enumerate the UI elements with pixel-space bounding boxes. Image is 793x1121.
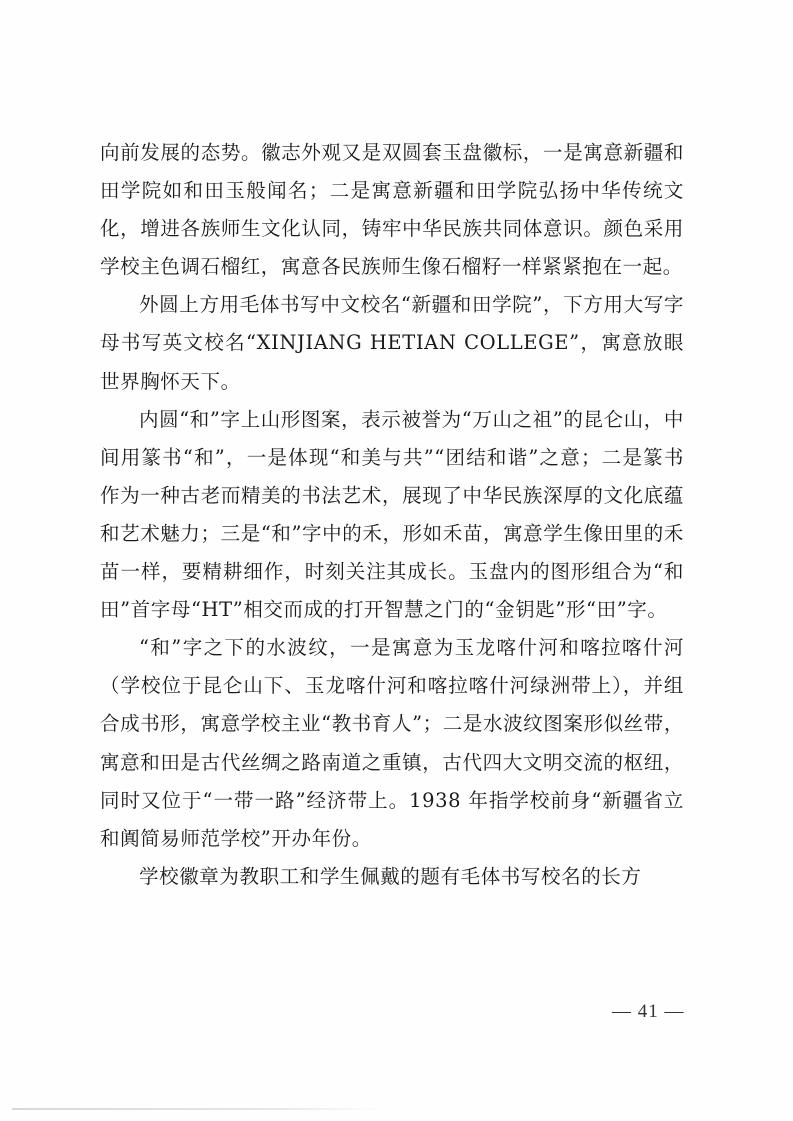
paragraph-5: 学校徽章为教职工和学生佩戴的题有毛体书写校名的长方 <box>100 858 684 896</box>
paragraph-2: 外圆上方用毛体书写中文校名“新疆和田学院”，下方用大写字母书写英文校名“XINJ… <box>100 286 684 400</box>
document-page: 向前发展的态势。徽志外观又是双圆套玉盘徽标，一是寓意新疆和田学院如和田玉般闻名；… <box>0 0 793 1121</box>
paragraph-3: 内圆“和”字上山形图案，表示被誉为“万山之祖”的昆仑山，中间用篆书“和”，一是体… <box>100 401 684 630</box>
page-number: — 41 — <box>612 1001 685 1023</box>
paragraph-4: “和”字之下的水波纹，一是寓意为玉龙喀什河和喀拉喀什河（学校位于昆仑山下、玉龙喀… <box>100 629 684 858</box>
paragraph-1: 向前发展的态势。徽志外观又是双圆套玉盘徽标，一是寓意新疆和田学院如和田玉般闻名；… <box>100 134 684 286</box>
body-text: 向前发展的态势。徽志外观又是双圆套玉盘徽标，一是寓意新疆和田学院如和田玉般闻名；… <box>100 134 684 896</box>
scan-edge-line <box>12 1108 382 1110</box>
